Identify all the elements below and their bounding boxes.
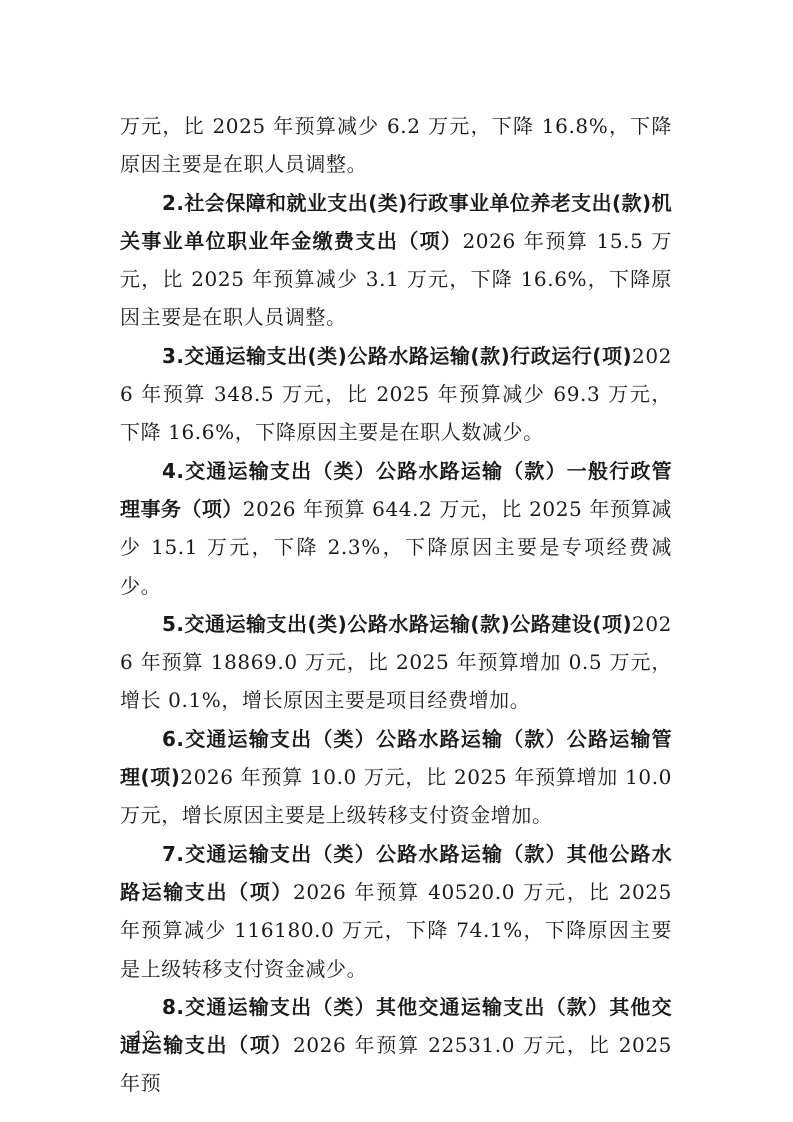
document-page: 万元，比 2025 年预算减少 6.2 万元，下降 16.8%，下降原因主要是在…: [120, 107, 672, 1103]
paragraph-item-4: 4.交通运输支出（类）公路水路运输（款）一般行政管理事务（项）2026 年预算 …: [120, 452, 672, 605]
paragraph-body: 2026 年预算 10.0 万元，比 2025 年预算增加 10.0 万元，增长…: [120, 765, 672, 827]
paragraph-heading: 5.交通运输支出(类)公路水路运输(款)公路建设(项): [162, 612, 632, 636]
paragraph-item-7: 7.交通运输支出（类）公路水路运输（款）其他公路水路运输支出（项）2026 年预…: [120, 835, 672, 988]
paragraph-item-5: 5.交通运输支出(类)公路水路运输(款)公路建设(项)2026 年预算 1886…: [120, 605, 672, 720]
paragraph-item-3: 3.交通运输支出(类)公路水路运输(款)行政运行(项)2026 年预算 348.…: [120, 337, 672, 452]
paragraph-item-2: 2.社会保障和就业支出(类)行政事业单位养老支出(款)机关事业单位职业年金缴费支…: [120, 184, 672, 337]
page-number: - 12 -: [120, 1026, 170, 1050]
paragraph-item-6: 6.交通运输支出（类）公路水路运输（款）公路运输管理(项)2026 年预算 10…: [120, 720, 672, 835]
paragraph-heading: 3.交通运输支出(类)公路水路运输(款)行政运行(项): [162, 344, 632, 368]
paragraph-continued: 万元，比 2025 年预算减少 6.2 万元，下降 16.8%，下降原因主要是在…: [120, 107, 672, 184]
paragraph-body: 万元，比 2025 年预算减少 6.2 万元，下降 16.8%，下降原因主要是在…: [120, 114, 672, 176]
paragraph-item-8: 8.交通运输支出（类）其他交通运输支出（款）其他交通运输支出（项）2026 年预…: [120, 988, 672, 1103]
